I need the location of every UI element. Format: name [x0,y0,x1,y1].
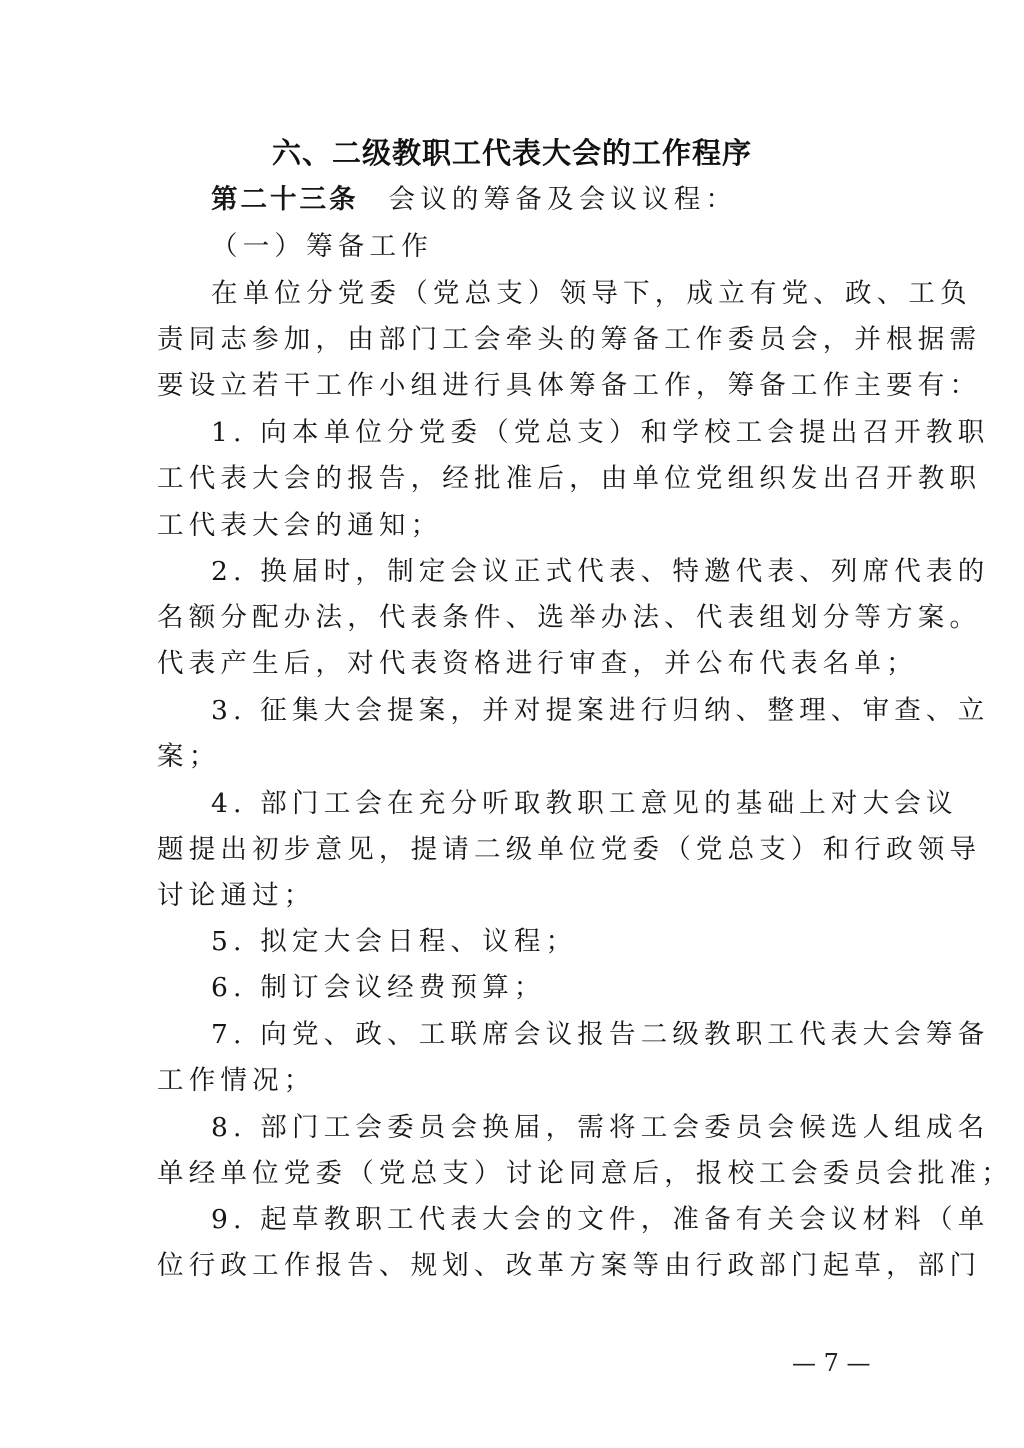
list-item-2-line: 代表产生后，对代表资格进行审查，并公布代表名单； [157,644,869,684]
list-item-9-line: 9. 起草教职工代表大会的文件，准备有关会议材料（单 [211,1200,869,1240]
list-item-8-line: 8. 部门工会委员会换届，需将工会委员会候选人组成名 [211,1108,869,1148]
list-item-5-line: 5. 拟定大会日程、议程； [211,922,869,962]
list-item-2-line: 名额分配办法，代表条件、选举办法、代表组划分等方案。 [157,598,869,638]
page-number: — 7 — [792,1347,871,1379]
list-item-8-line: 单经单位党委（党总支）讨论同意后，报校工会委员会批准； [157,1154,869,1194]
list-item-3-line: 3. 征集大会提案，并对提案进行归纳、整理、审查、立 [211,691,869,731]
article-heading-line: 第二十三条会议的筹备及会议议程： [211,180,869,220]
list-item-4-line: 讨论通过； [157,876,869,916]
list-item-4-line: 题提出初步意见，提请二级单位党委（党总支）和行政领导 [157,830,869,870]
subsection-heading: （一）筹备工作 [211,227,869,267]
list-item-3-line: 案； [157,737,869,777]
list-item-6-line: 6. 制订会议经费预算； [211,968,869,1008]
list-item-2-line: 2. 换届时，制定会议正式代表、特邀代表、列席代表的 [211,552,869,592]
list-item-7-line: 7. 向党、政、工联席会议报告二级教职工代表大会筹备 [211,1015,869,1055]
paragraph-line: 要设立若干工作小组进行具体筹备工作，筹备工作主要有： [157,366,869,406]
article-number: 第二十三条 [211,184,359,215]
list-item-7-line: 工作情况； [157,1061,869,1101]
document-page: 六、二级教职工代表大会的工作程序 第二十三条会议的筹备及会议议程： （一）筹备工… [0,0,1024,1448]
list-item-1-line: 1. 向本单位分党委（党总支）和学校工会提出召开教职 [211,413,869,453]
list-item-1-line: 工代表大会的报告，经批准后，由单位党组织发出召开教职 [157,459,869,499]
paragraph-line: 在单位分党委（党总支）领导下，成立有党、政、工负 [211,274,869,314]
paragraph-line: 责同志参加，由部门工会牵头的筹备工作委员会，并根据需 [157,320,869,360]
section-title: 六、二级教职工代表大会的工作程序 [0,133,1024,173]
list-item-9-line: 位行政工作报告、规划、改革方案等由行政部门起草，部门 [157,1246,869,1286]
list-item-1-line: 工代表大会的通知； [157,506,869,546]
list-item-4-line: 4. 部门工会在充分听取教职工意见的基础上对大会议 [211,784,869,824]
article-heading: 会议的筹备及会议议程： [389,184,738,215]
